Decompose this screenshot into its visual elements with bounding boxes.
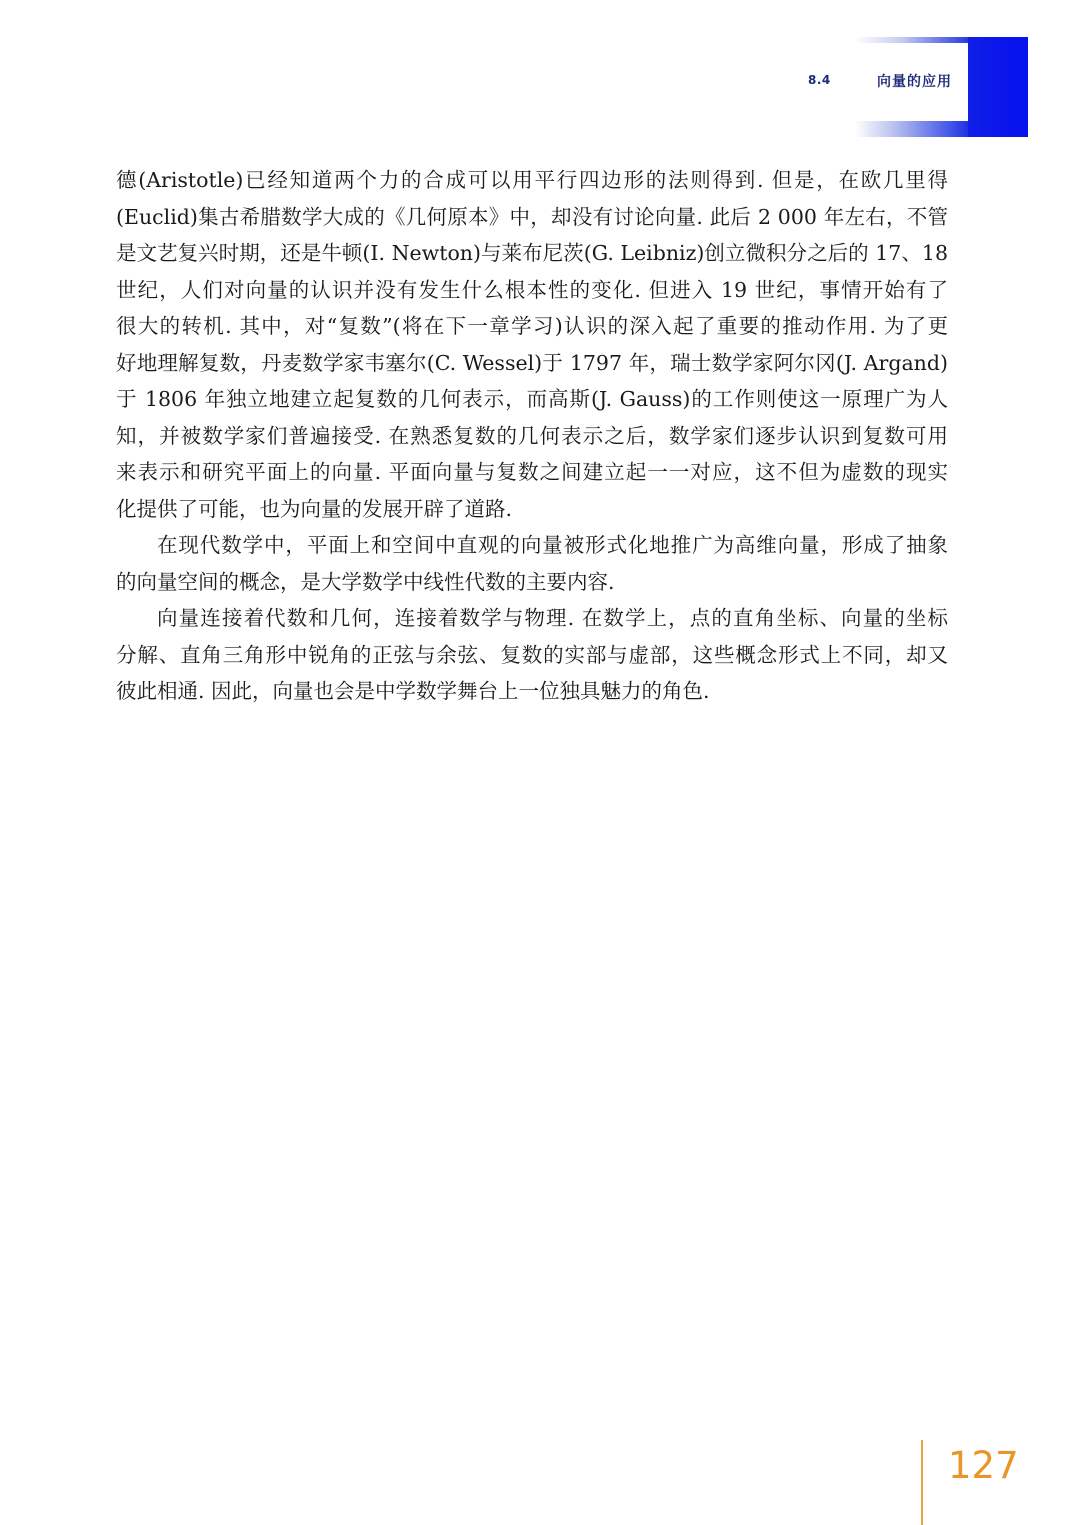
banner-blue-block — [968, 37, 1028, 137]
text-line: 向量连接着代数和几何，连接着数学与物理. 在数学上，点的直角坐标、向量的坐标 — [116, 600, 948, 637]
text-line: 德(Aristotle)已经知道两个力的合成可以用平行四边形的法则得到. 但是，… — [116, 162, 948, 199]
text-line: (Euclid)集古希腊数学大成的《几何原本》中，却没有讨论向量. 此后 2 0… — [116, 199, 948, 236]
text-line: 的向量空间的概念，是大学数学中线性代数的主要内容. — [116, 564, 948, 601]
text-line: 世纪，人们对向量的认识并没有发生什么根本性的变化. 但进入 19 世纪，事情开始… — [116, 272, 948, 309]
text-line: 于 1806 年独立地建立起复数的几何表示，而高斯(J. Gauss)的工作则使… — [116, 381, 948, 418]
section-title: 向量的应用 — [877, 71, 952, 91]
text-line: 很大的转机. 其中，对“复数”(将在下一章学习)认识的深入起了重要的推动作用. … — [116, 308, 948, 345]
section-number: 8.4 — [808, 73, 831, 87]
text-line: 彼此相通. 因此，向量也会是中学数学舞台上一位独具魅力的角色. — [116, 673, 948, 710]
text-line: 分解、直角三角形中锐角的正弦与余弦、复数的实部与虚部，这些概念形式上不同，却又 — [116, 637, 948, 674]
paragraph-connections: 向量连接着代数和几何，连接着数学与物理. 在数学上，点的直角坐标、向量的坐标 分… — [116, 600, 948, 710]
paragraph-modern-math: 在现代数学中，平面上和空间中直观的向量被形式化地推广为高维向量，形成了抽象 的向… — [116, 527, 948, 600]
text-line: 在现代数学中，平面上和空间中直观的向量被形式化地推广为高维向量，形成了抽象 — [116, 527, 948, 564]
text-line: 来表示和研究平面上的向量. 平面向量与复数之间建立起一一对应，这不但为虚数的现实 — [116, 454, 948, 491]
body-text: 德(Aristotle)已经知道两个力的合成可以用平行四边形的法则得到. 但是，… — [116, 162, 948, 710]
text-line: 是文艺复兴时期，还是牛顿(I. Newton)与莱布尼茨(G. Leibniz)… — [116, 235, 948, 272]
text-line: 化提供了可能，也为向量的发展开辟了道路. — [116, 491, 948, 528]
text-line: 知，并被数学家们普遍接受. 在熟悉复数的几何表示之后，数学家们逐步认识到复数可用 — [116, 418, 948, 455]
banner-bottom-gradient — [855, 121, 968, 137]
text-line: 好地理解复数，丹麦数学家韦塞尔(C. Wessel)于 1797 年，瑞士数学家… — [116, 345, 948, 382]
page-number-rule — [921, 1440, 923, 1525]
paragraph-history: 德(Aristotle)已经知道两个力的合成可以用平行四边形的法则得到. 但是，… — [116, 162, 948, 527]
page-number: 127 — [948, 1444, 1019, 1487]
